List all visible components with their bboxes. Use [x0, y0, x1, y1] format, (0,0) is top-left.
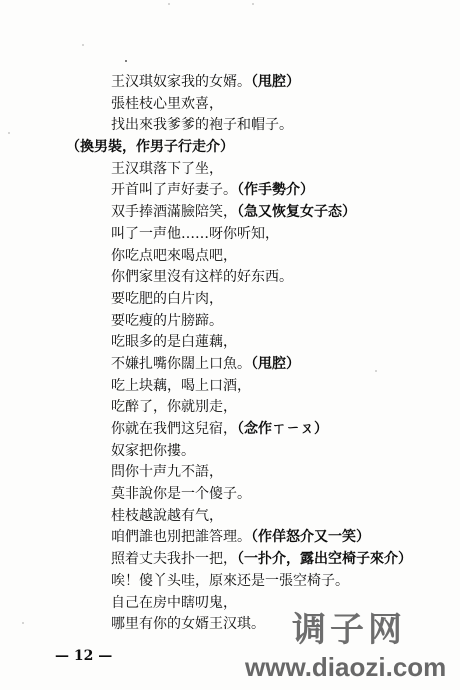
scan-speck — [168, 3, 170, 5]
text-line: 要吃肥的白片肉， — [111, 289, 412, 311]
text-line: 开首叫了声好妻子。（作手勢介） — [111, 180, 412, 202]
verse-text: 找出來我爹爹的袍子和帽子。 — [111, 117, 293, 133]
verse-text: 奴家把你摟。 — [111, 443, 195, 459]
scanned-book-page: 王汉琪奴家我的女婿。（甩腔） 張桂枝心里欢喜， 找出來我爹爹的袍子和帽子。 （換… — [0, 0, 460, 690]
text-line: 張桂枝心里欢喜， — [111, 94, 412, 116]
stage-direction: （甩腔） — [251, 74, 300, 90]
text-line: 莫非說你是一个傻子。 — [111, 484, 412, 506]
verse-text: 要吃肥的白片肉， — [111, 291, 223, 307]
page-number: — 12 — — [55, 648, 112, 664]
verse-text: 开首叫了声好妻子。 — [111, 182, 237, 198]
scan-speck — [22, 622, 24, 624]
watermark-logo-text: 调子网 — [292, 610, 406, 650]
verse-text: 吃眼多的是白蓮藕， — [111, 334, 237, 350]
verse-text: 自己在房中瞎叨鬼， — [111, 595, 237, 611]
verse-text: 你們家里沒有这样的好东西。 — [111, 269, 293, 285]
stage-direction: （甩腔） — [251, 356, 300, 372]
verse-text: 你吃点吧來喝点吧， — [111, 248, 237, 264]
text-line: 吃上块藕，喝上口酒， — [111, 376, 412, 398]
verse-text: 張桂枝心里欢喜， — [111, 96, 223, 112]
verse-text: 問你十声九不語， — [111, 464, 223, 480]
text-line: 王汉琪奴家我的女婿。（甩腔） — [111, 72, 412, 94]
verse-text: 吃上块藕，喝上口酒， — [111, 378, 251, 394]
text-line: 咱們誰也別把誰答理。（作佯怒介又一笑） — [111, 527, 412, 549]
text-line: 唉！傻丫头哇，原來还是一張空椅子。 — [111, 571, 412, 593]
stage-direction-line: （換男裝，作男子行走介） — [66, 137, 412, 159]
stage-direction: （一扑介，露出空椅子來介） — [237, 551, 412, 567]
verse-text: 要吃瘦的片膀蹄。 — [111, 313, 223, 329]
text-line: 你們家里沒有这样的好东西。 — [111, 267, 412, 289]
verse-text: 不嫌扎嘴你闊上口魚。 — [111, 356, 251, 372]
text-line: 叫了一声他……呀你听知， — [111, 224, 412, 246]
verse-text: 王汉琪奴家我的女婿。 — [111, 74, 251, 90]
scan-speck — [8, 132, 10, 134]
verse-text: 桂枝越說越有气， — [111, 508, 223, 524]
stage-direction: （換男裝，作男子行走介） — [66, 139, 234, 155]
text-line: 你就在我們这兒宿，（念作ㄒㄧㄡ） — [111, 419, 412, 441]
verse-text: 吃醉了，你就別走， — [111, 399, 237, 415]
stage-direction: （急又恢复女子态） — [237, 204, 356, 220]
text-line: 照着丈夫我扑一把，（一扑介，露出空椅子來介） — [111, 549, 412, 571]
text-line: 奴家把你摟。 — [111, 441, 412, 463]
verse-text: 咱們誰也別把誰答理。 — [111, 529, 251, 545]
libretto-text: 王汉琪奴家我的女婿。（甩腔） 張桂枝心里欢喜， 找出來我爹爹的袍子和帽子。 （換… — [111, 72, 412, 636]
verse-text: 你就在我們这兒宿， — [111, 421, 237, 437]
verse-text: 照着丈夫我扑一把， — [111, 551, 237, 567]
scan-speck — [125, 60, 127, 62]
text-line: 不嫌扎嘴你闊上口魚。（甩腔） — [111, 354, 412, 376]
scan-speck — [82, 44, 84, 46]
verse-text: 叫了一声他……呀你听知， — [111, 226, 279, 242]
text-line: 桂枝越說越有气， — [111, 506, 412, 528]
text-line: 吃眼多的是白蓮藕， — [111, 332, 412, 354]
verse-text: 莫非說你是一个傻子。 — [111, 486, 251, 502]
text-line: 吃醉了，你就別走， — [111, 397, 412, 419]
verse-text: 王汉琪落下了坐， — [111, 161, 223, 177]
text-line: 双手捧酒滿臉陪笑，（急又恢复女子态） — [111, 202, 412, 224]
text-line: 問你十声九不語， — [111, 462, 412, 484]
stage-direction: （作手勢介） — [237, 182, 314, 198]
text-line: 你吃点吧來喝点吧， — [111, 246, 412, 268]
verse-text: 唉！傻丫头哇，原來还是一張空椅子。 — [111, 573, 349, 589]
scan-speck — [375, 370, 377, 372]
verse-text: 哪里有你的女婿王汉琪。 — [111, 616, 265, 632]
stage-direction: （作佯怒介又一笑） — [251, 529, 370, 545]
text-line: 找出來我爹爹的袍子和帽子。 — [111, 115, 412, 137]
verse-text: 双手捧酒滿臉陪笑， — [111, 204, 237, 220]
text-line: 王汉琪落下了坐， — [111, 159, 412, 181]
text-line: 要吃瘦的片膀蹄。 — [111, 311, 412, 333]
watermark-url: www.diaozi.com — [245, 652, 446, 682]
stage-direction: （念作ㄒㄧㄡ） — [237, 421, 328, 437]
scan-speck — [252, 3, 254, 5]
